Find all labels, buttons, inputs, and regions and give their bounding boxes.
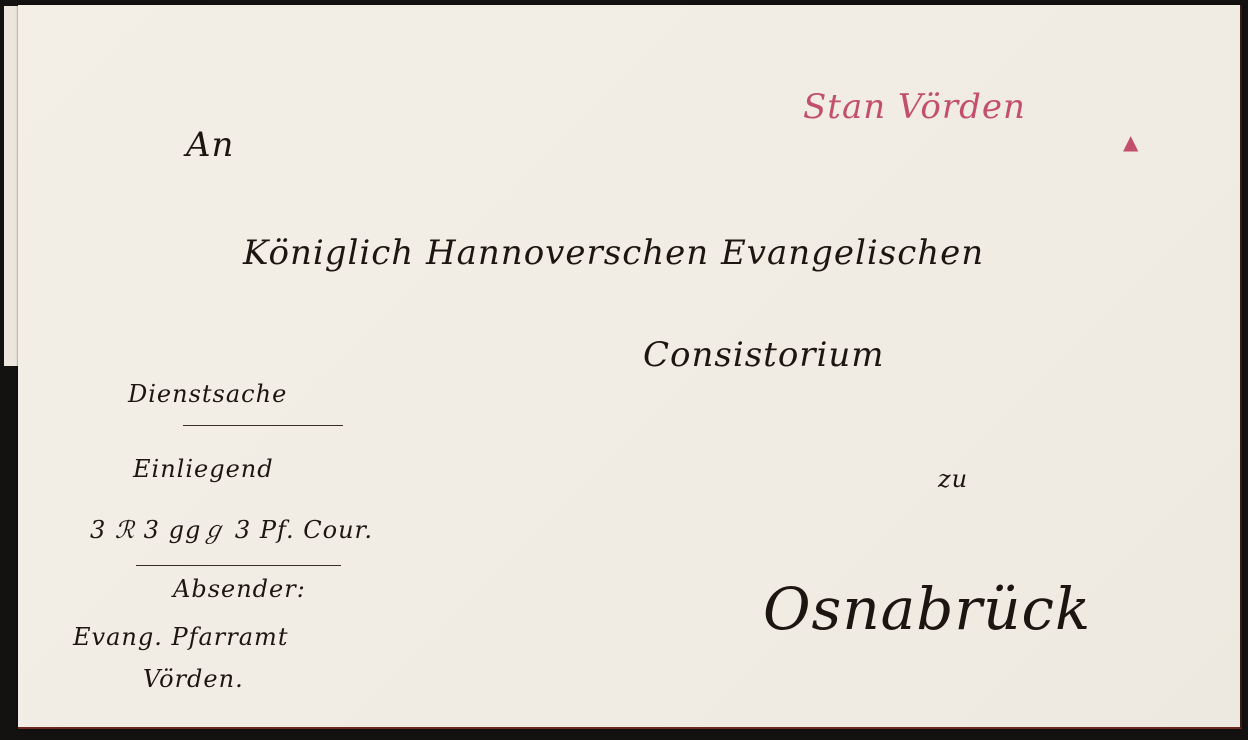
letter-cover: Stan Vörden ▲ An Königlich Hannoverschen… xyxy=(18,5,1242,729)
salutation: An xyxy=(186,125,234,165)
note-sender-town: Vörden. xyxy=(143,665,244,693)
red-ink-mark: ▲ xyxy=(1123,130,1138,154)
note-amount: 3 ℛ 3 ggℊ 3 Pf. Cour. xyxy=(90,510,373,545)
addressee-line-2: Consistorium xyxy=(643,335,885,375)
note-dienstsache: Dienstsache xyxy=(128,380,287,408)
destination-city: Osnabrück xyxy=(763,575,1091,643)
note-absender: Absender: xyxy=(173,575,306,603)
note-einliegend: Einliegend xyxy=(133,455,274,483)
red-postmark-manuscript: Stan Vörden xyxy=(803,87,1026,127)
divider-rule xyxy=(136,565,341,566)
preposition-zu: zu xyxy=(938,465,968,493)
addressee-line-1: Königlich Hannoverschen Evangelischen xyxy=(243,233,984,273)
note-sender-office: Evang. Pfarramt xyxy=(73,623,288,651)
underline-rule xyxy=(183,425,343,426)
